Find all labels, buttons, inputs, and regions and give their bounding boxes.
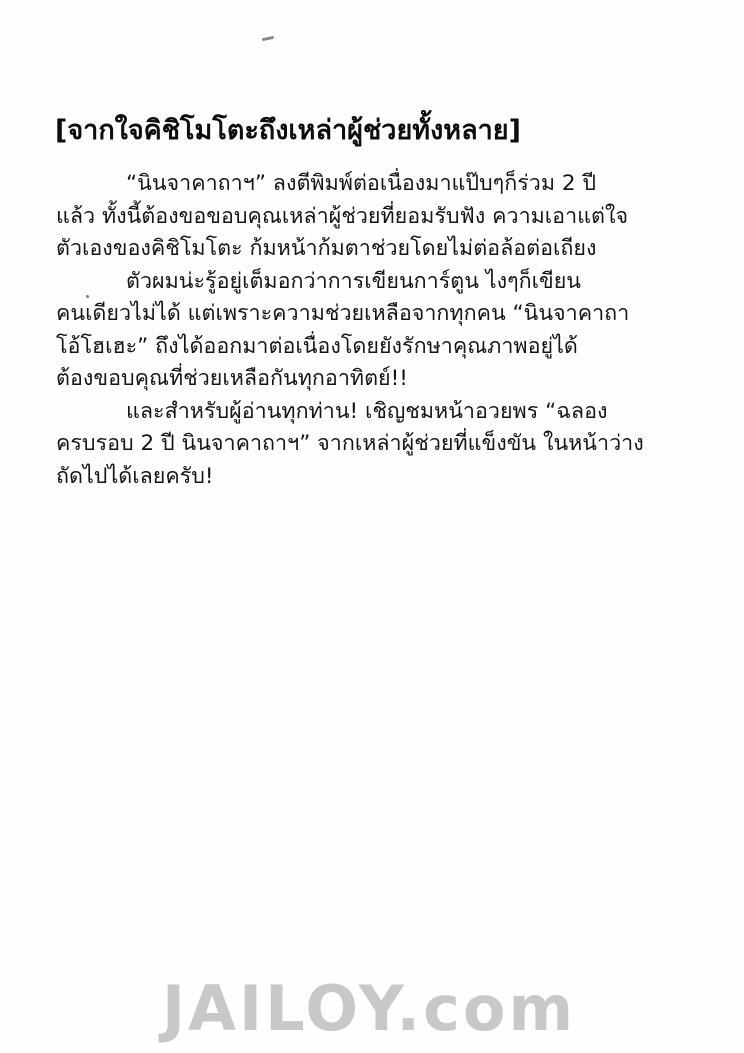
text-line: ตัวผมน่ะรู้อยู่เต็มอกว่าการเขียนการ์ตูน … <box>56 266 656 299</box>
text-line: โอ้โฮเฮะ” ถึงได้ออกมาต่อเนื่องโดยยังรักษ… <box>56 331 656 364</box>
text-line: และสำหรับผู้อ่านทุกท่าน! เชิญชมหน้าอวยพร… <box>56 396 656 429</box>
text-line: ถัดไปได้เลยครับ! <box>56 461 656 494</box>
paragraph-1: “นินจาคาถาฯ” ลงตีพิมพ์ต่อเนื่องมาแป๊บๆก็… <box>56 168 656 266</box>
text-line: คนเดียวไม่ได้ แต่เพราะความช่วยเหลือจากทุ… <box>56 298 656 331</box>
paragraph-2: ตัวผมน่ะรู้อยู่เต็มอกว่าการเขียนการ์ตูน … <box>56 266 656 396</box>
body-text: “นินจาคาถาฯ” ลงตีพิมพ์ต่อเนื่องมาแป๊บๆก็… <box>56 168 656 493</box>
text-line: ครบรอบ 2 ปี นินจาคาถาฯ” จากเหล่าผู้ช่วยท… <box>56 428 656 461</box>
paragraph-3: และสำหรับผู้อ่านทุกท่าน! เชิญชมหน้าอวยพร… <box>56 396 656 494</box>
watermark: JAILOY.com <box>162 972 576 1045</box>
text-line: แล้ว ทั้งนี้ต้องขอขอบคุณเหล่าผู้ช่วยที่ย… <box>56 201 656 234</box>
scan-speck <box>262 36 274 41</box>
scanned-page: [จากใจคิชิโมโตะถึงเหล่าผู้ช่วยทั้งหลาย] … <box>0 0 744 1053</box>
text-line: “นินจาคาถาฯ” ลงตีพิมพ์ต่อเนื่องมาแป๊บๆก็… <box>56 168 656 201</box>
text-line: ต้องขอบคุณที่ช่วยเหลือกันทุกอาทิตย์!! <box>56 363 656 396</box>
text-line: ตัวเองของคิชิโมโตะ ก้มหน้าก้มตาช่วยโดยไม… <box>56 233 656 266</box>
page-title: [จากใจคิชิโมโตะถึงเหล่าผู้ช่วยทั้งหลาย] <box>55 108 521 151</box>
